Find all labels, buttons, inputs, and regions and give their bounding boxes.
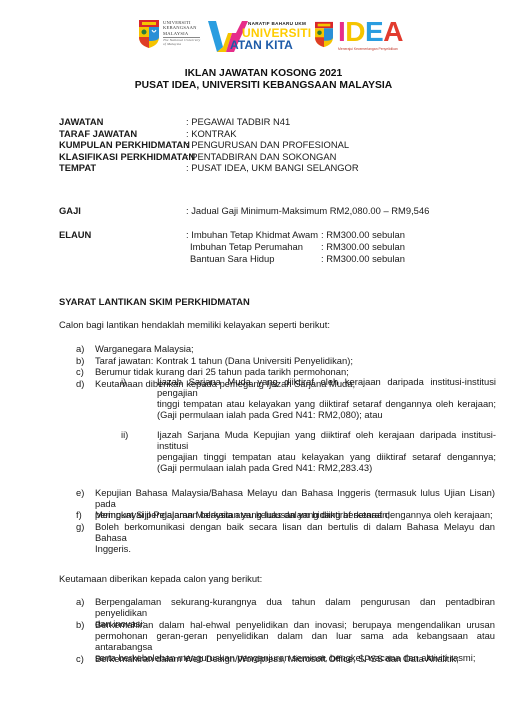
detail-label: TEMPAT <box>59 162 96 173</box>
list-line: Kepujian Bahasa Malaysia/Bahasa Melayu d… <box>95 487 495 509</box>
list-marker: g) <box>76 521 84 532</box>
list-line: permohonan geran-geran penyelidikan dala… <box>95 630 495 652</box>
page-title: IKLAN JAWATAN KOSONG 2021 <box>0 68 527 79</box>
detail-value: : PUSAT IDEA, UKM BANGI SELANGOR <box>186 162 359 173</box>
idea-letter-d: D <box>345 16 365 47</box>
list-line: pengajian tinggi tempatan atau kelayakan… <box>157 451 496 462</box>
ukm-sub2: of Malaysia <box>163 42 181 46</box>
elaun-label: ELAUN <box>59 229 91 240</box>
detail-label: JAWATAN <box>59 116 103 127</box>
detail-value: : PEGAWAI TADBIR N41 <box>186 116 290 127</box>
gaji-value: : Jadual Gaji Minimum-Maksimum RM2,080.0… <box>186 205 429 216</box>
allowance-amount: : RM300.00 sebulan <box>321 229 405 240</box>
list-line: Ijazah Sarjana Muda yang diiktiraf oleh … <box>157 376 496 398</box>
idea-letter-a: A <box>383 16 403 47</box>
list-marker: c) <box>76 653 84 664</box>
list-marker: e) <box>76 487 84 498</box>
list-text: Ijazah Sarjana Muda Kepujian yang diikti… <box>157 429 496 473</box>
detail-label: KUMPULAN PERKHIDMATAN <box>59 139 190 150</box>
list-marker: f) <box>76 509 82 520</box>
idea-tagline: Menerajui Kecemerlangan Penyelidikan <box>338 47 398 51</box>
syarat-intro: Calon bagi lantikan hendaklah memiliki k… <box>59 319 330 330</box>
list-line: tinggi tempatan atau kelayakan yang diik… <box>157 398 496 409</box>
list-marker: a) <box>76 343 84 354</box>
idea-logo: IDEA Menerajui Kecemerlangan Penyelidika… <box>314 17 419 57</box>
list-text: Ijazah Sarjana Muda yang diiktiraf oleh … <box>157 376 496 420</box>
idea-wordmark: IDEA <box>338 17 403 47</box>
gaji-label: GAJI <box>59 205 81 216</box>
document-page: UNIVERSITI KEBANGSAAN MALAYSIA The Natio… <box>0 0 527 727</box>
list-text: Mempunyai pengalaman berkaitan yang luas… <box>95 509 495 520</box>
list-marker: i) <box>121 376 126 387</box>
allowance-amount: : RM300.00 sebulan <box>321 241 405 252</box>
list-marker: b) <box>76 619 84 630</box>
list-line: (Gaji permulaan ialah pada Gred N41: RM2… <box>157 462 496 473</box>
list-text: Taraf jawatan: Kontrak 1 tahun (Dana Uni… <box>95 355 495 366</box>
list-line: Taraf jawatan: Kontrak 1 tahun (Dana Uni… <box>95 355 495 366</box>
list-line: (Gaji permulaan ialah pada Gred N41: RM2… <box>157 409 496 420</box>
allowance-name: : Imbuhan Tetap Khidmat Awam <box>186 229 318 240</box>
idea-letter-e: E <box>365 16 383 47</box>
detail-value: : PENGURUSAN DAN PROFESIONAL <box>186 139 349 150</box>
list-text: Warganegara Malaysia; <box>95 343 495 354</box>
list-marker: b) <box>76 355 84 366</box>
section-heading-syarat: SYARAT LANTIKAN SKIM PERKHIDMATAN <box>59 296 250 307</box>
ukm-crest-icon <box>314 21 334 48</box>
allowance-amount: : RM300.00 sebulan <box>321 253 405 264</box>
list-marker: a) <box>76 596 84 607</box>
ukm-line1: UNIVERSITI <box>163 20 191 25</box>
ukm-logo: UNIVERSITI KEBANGSAAN MALAYSIA The Natio… <box>138 17 206 57</box>
list-text: Boleh berkomunikasi dengan baik secara l… <box>95 521 495 554</box>
list-line: Warganegara Malaysia; <box>95 343 495 354</box>
list-line: Mempunyai pengalaman berkaitan yang luas… <box>95 509 495 520</box>
list-marker: c) <box>76 366 84 377</box>
list-text: Berkemahiran dalam Web Design/Wordpress,… <box>95 653 495 664</box>
uwk-watan-kita: ATAN KITA <box>230 38 293 52</box>
list-line: Berpengalaman sekurang-kurangnya dua tah… <box>95 596 495 618</box>
ukm-line2: KEBANGSAAN <box>163 25 197 30</box>
page-subtitle: PUSAT IDEA, UNIVERSITI KEBANGSAAN MALAYS… <box>0 80 527 91</box>
allowance-name: Bantuan Sara Hidup <box>190 253 274 264</box>
list-line: Boleh berkomunikasi dengan baik secara l… <box>95 521 495 543</box>
list-line: Berkemahiran dalam hal-ehwal penyelidika… <box>95 619 495 630</box>
list-marker: ii) <box>121 429 128 440</box>
ukm-crest-icon <box>138 19 160 49</box>
list-line: Berkemahiran dalam Web Design/Wordpress,… <box>95 653 495 664</box>
detail-label: KLASIFIKASI PERKHIDMATAN <box>59 151 195 162</box>
keutamaan-intro: Keutamaan diberikan kepada calon yang be… <box>59 573 262 584</box>
detail-value: : PENTADBIRAN DAN SOKONGAN <box>186 151 336 162</box>
list-line: Inggeris. <box>95 543 495 554</box>
list-line: Ijazah Sarjana Muda Kepujian yang diikti… <box>157 429 496 451</box>
ukm-line3: MALAYSIA <box>163 31 188 36</box>
detail-label: TARAF JAWATAN <box>59 128 137 139</box>
header-logos: UNIVERSITI KEBANGSAAN MALAYSIA The Natio… <box>138 17 418 57</box>
ukm-wordmark: UNIVERSITI KEBANGSAAN MALAYSIA The Natio… <box>163 20 200 46</box>
universiti-watan-kita-logo: NARATIF BAHARU UKM UNIVERSITI ATAN KITA <box>208 17 313 57</box>
detail-value: : KONTRAK <box>186 128 237 139</box>
allowance-name: Imbuhan Tetap Perumahan <box>190 241 303 252</box>
list-marker: d) <box>76 378 84 389</box>
